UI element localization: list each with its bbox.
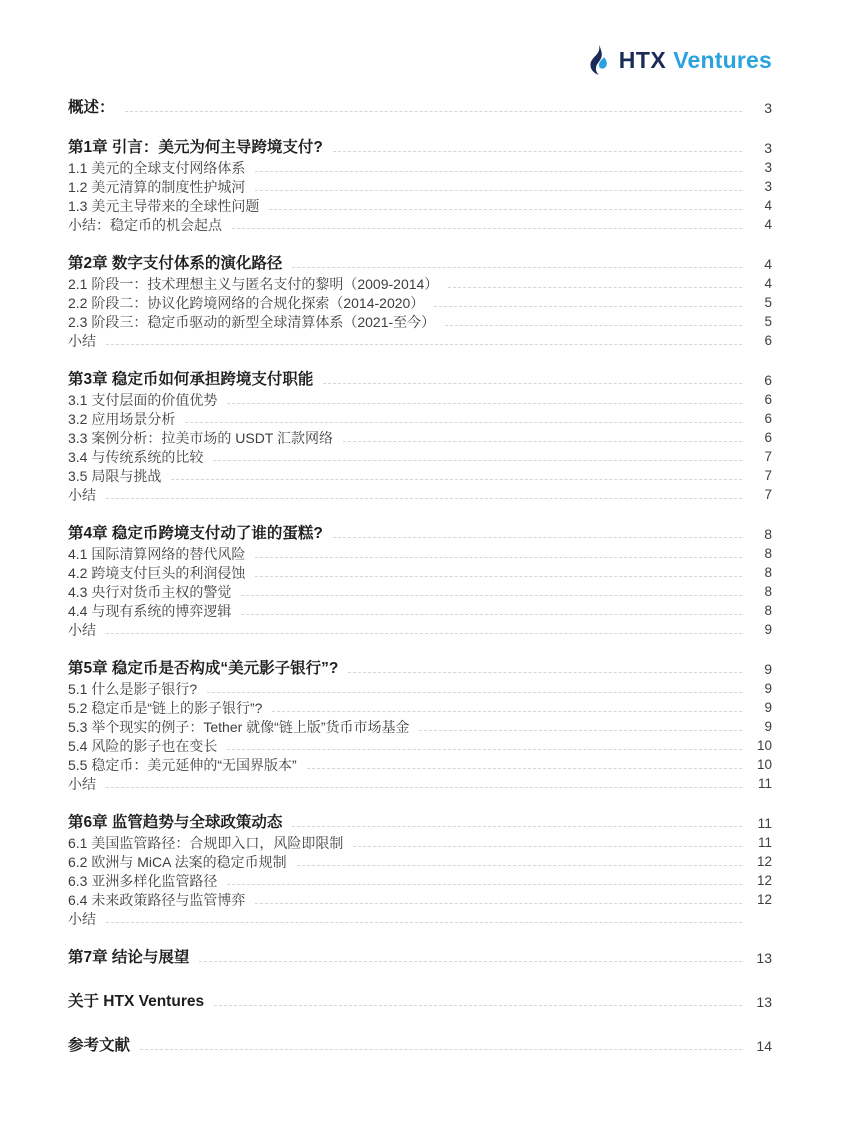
toc-entry-label: 关于 HTX Ventures [68, 993, 204, 1010]
leader-line [227, 749, 742, 750]
toc-item-row[interactable]: 4.4 与现有系统的博弈逻辑8 [68, 602, 772, 621]
leader-line [269, 209, 742, 210]
leader-line [227, 884, 742, 885]
leader-line [255, 576, 742, 577]
toc-item-row[interactable]: 2.1 阶段一：技术理想主义与匿名支付的黎明（2009-2014）4 [68, 275, 772, 294]
leader-line [445, 325, 742, 326]
leader-line [333, 151, 742, 152]
leader-line [297, 865, 742, 866]
leader-line [199, 961, 742, 962]
toc-item-row[interactable]: 5.4 风险的影子也在变长10 [68, 737, 772, 756]
leader-line [333, 537, 742, 538]
page-number: 6 [752, 412, 772, 427]
toc-item-row[interactable]: 2.3 阶段三：稳定币驱动的新型全球清算体系（2021-至今）5 [68, 313, 772, 332]
toc-item-row[interactable]: 小结 [68, 910, 772, 929]
toc-section: 第5章 稳定币是否构成“美元影子银行”?95.1 什么是影子银行?95.2 稳定… [68, 657, 772, 794]
leader-line [448, 287, 742, 288]
toc-item-row[interactable]: 小结6 [68, 332, 772, 351]
leader-line [227, 403, 742, 404]
toc-entry-label: 6.3 亚洲多样化监管路径 [68, 874, 217, 889]
page-number: 8 [752, 547, 772, 562]
page-number: 8 [752, 566, 772, 581]
toc-item-row[interactable]: 2.2 阶段二：协议化跨境网络的合规化探索（2014-2020）5 [68, 294, 772, 313]
toc-entry-label: 第5章 稳定币是否构成“美元影子银行”? [68, 660, 338, 677]
page-number: 7 [752, 450, 772, 465]
leader-line [292, 267, 742, 268]
document-page: HTX Ventures 概述：3第1章 引言：美元为何主导跨境支付?31.1 … [0, 0, 841, 1122]
page-number: 6 [752, 393, 772, 408]
toc-item-row[interactable]: 1.3 美元主导带来的全球性问题4 [68, 197, 772, 216]
toc-entry-label: 4.3 央行对货币主权的警觉 [68, 585, 231, 600]
leader-line [125, 111, 742, 112]
page-number: 9 [752, 682, 772, 697]
leader-line [353, 846, 742, 847]
table-of-contents: 概述：3第1章 引言：美元为何主导跨境支付?31.1 美元的全球支付网络体系31… [68, 96, 772, 1057]
leader-line [241, 614, 742, 615]
logo-brand-text: HTX [619, 47, 667, 74]
leader-line [106, 922, 742, 923]
logo: HTX Ventures [68, 45, 772, 75]
toc-entry-label: 5.2 稳定币是“链上的影子银行”? [68, 701, 262, 716]
toc-entry-label: 5.1 什么是影子银行? [68, 682, 197, 697]
toc-section: 第1章 引言：美元为何主导跨境支付?31.1 美元的全球支付网络体系31.2 美… [68, 136, 772, 235]
toc-entry-label: 3.2 应用场景分析 [68, 412, 175, 427]
page-number: 12 [752, 855, 772, 870]
leader-line [207, 692, 742, 693]
page-number: 12 [752, 893, 772, 908]
toc-entry-label: 小结：稳定币的机会起点 [68, 218, 222, 233]
page-number: 3 [752, 101, 772, 116]
toc-entry-label: 4.1 国际清算网络的替代风险 [68, 547, 245, 562]
page-number: 9 [752, 662, 772, 677]
toc-entry-label: 3.1 支付层面的价值优势 [68, 393, 217, 408]
leader-line [292, 826, 742, 827]
toc-chapter-row[interactable]: 第7章 结论与展望13 [68, 946, 772, 969]
page-number: 14 [752, 1039, 772, 1054]
toc-item-row[interactable]: 3.2 应用场景分析6 [68, 410, 772, 429]
toc-entry-label: 第2章 数字支付体系的演化路径 [68, 255, 282, 272]
toc-entry-label: 3.5 局限与挑战 [68, 469, 161, 484]
page-number: 7 [752, 488, 772, 503]
leader-line [343, 441, 742, 442]
leader-line [106, 787, 742, 788]
toc-item-row[interactable]: 6.4 未来政策路径与监管博弈12 [68, 891, 772, 910]
page-number: 5 [752, 296, 772, 311]
toc-section: 第4章 稳定币跨境支付动了谁的蛋糕?84.1 国际清算网络的替代风险84.2 跨… [68, 522, 772, 640]
leader-line [255, 903, 742, 904]
toc-section: 第6章 监管趋势与全球政策动态116.1 美国监管路径：合规即入口，风险即限制1… [68, 811, 772, 929]
toc-item-row[interactable]: 4.2 跨境支付巨头的利润侵蚀8 [68, 564, 772, 583]
page-number: 8 [752, 585, 772, 600]
page-number: 12 [752, 874, 772, 889]
page-number: 7 [752, 469, 772, 484]
toc-entry-label: 第6章 监管趋势与全球政策动态 [68, 814, 282, 831]
leader-line [106, 498, 742, 499]
toc-item-row[interactable]: 6.2 欧洲与 MiCA 法案的稳定币规制12 [68, 853, 772, 872]
leader-line [185, 422, 742, 423]
toc-item-row[interactable]: 5.2 稳定币是“链上的影子银行”?9 [68, 699, 772, 718]
page-number: 3 [752, 141, 772, 156]
toc-entry-label: 小结 [68, 488, 96, 503]
toc-item-row[interactable]: 3.1 支付层面的价值优势6 [68, 391, 772, 410]
toc-item-row[interactable]: 4.1 国际清算网络的替代风险8 [68, 545, 772, 564]
leader-line [323, 383, 742, 384]
toc-chapter-row[interactable]: 关于 HTX Ventures13 [68, 990, 772, 1013]
toc-chapter-row[interactable]: 第6章 监管趋势与全球政策动态11 [68, 811, 772, 834]
toc-item-row[interactable]: 3.5 局限与挑战7 [68, 467, 772, 486]
leader-line [419, 730, 742, 731]
toc-item-row[interactable]: 6.3 亚洲多样化监管路径12 [68, 872, 772, 891]
page-number: 9 [752, 623, 772, 638]
page-number: 8 [752, 527, 772, 542]
toc-section: 概述：3 [68, 96, 772, 119]
page-number: 11 [752, 836, 772, 851]
toc-item-row[interactable]: 小结9 [68, 621, 772, 640]
toc-entry-label: 5.4 风险的影子也在变长 [68, 739, 217, 754]
toc-entry-label: 参考文献 [68, 1037, 130, 1054]
toc-entry-label: 2.3 阶段三：稳定币驱动的新型全球清算体系（2021-至今） [68, 315, 435, 330]
page-number: 9 [752, 701, 772, 716]
toc-chapter-row[interactable]: 第1章 引言：美元为何主导跨境支付?3 [68, 136, 772, 159]
toc-entry-label: 5.5 稳定币：美元延伸的“无国界版本” [68, 758, 297, 773]
page-number: 4 [752, 199, 772, 214]
toc-entry-label: 3.3 案例分析：拉美市场的 USDT 汇款网络 [68, 431, 333, 446]
leader-line [213, 460, 742, 461]
leader-line [434, 306, 742, 307]
toc-entry-label: 第4章 稳定币跨境支付动了谁的蛋糕? [68, 525, 323, 542]
htx-flame-icon [585, 45, 612, 75]
toc-entry-label: 3.4 与传统系统的比较 [68, 450, 203, 465]
toc-item-row[interactable]: 5.5 稳定币：美元延伸的“无国界版本”10 [68, 756, 772, 775]
toc-entry-label: 2.1 阶段一：技术理想主义与匿名支付的黎明（2009-2014） [68, 277, 438, 292]
toc-item-row[interactable]: 3.4 与传统系统的比较7 [68, 448, 772, 467]
toc-entry-label: 6.1 美国监管路径：合规即入口，风险即限制 [68, 836, 343, 851]
toc-entry-label: 第1章 引言：美元为何主导跨境支付? [68, 139, 323, 156]
leader-line [241, 595, 742, 596]
toc-entry-label: 6.2 欧洲与 MiCA 法案的稳定币规制 [68, 855, 287, 870]
toc-item-row[interactable]: 1.2 美元清算的制度性护城河3 [68, 178, 772, 197]
toc-entry-label: 1.3 美元主导带来的全球性问题 [68, 199, 259, 214]
leader-line [272, 711, 742, 712]
leader-line [348, 672, 742, 673]
toc-chapter-row[interactable]: 第3章 稳定币如何承担跨境支付职能6 [68, 368, 772, 391]
leader-line [214, 1005, 742, 1006]
toc-entry-label: 4.2 跨境支付巨头的利润侵蚀 [68, 566, 245, 581]
page-number: 11 [752, 816, 772, 831]
logo-suffix-text: Ventures [673, 47, 772, 74]
toc-entry-label: 小结 [68, 912, 96, 927]
page-number: 3 [752, 161, 772, 176]
toc-section: 第2章 数字支付体系的演化路径42.1 阶段一：技术理想主义与匿名支付的黎明（2… [68, 252, 772, 351]
toc-item-row[interactable]: 小结：稳定币的机会起点4 [68, 216, 772, 235]
leader-line [140, 1049, 742, 1050]
page-number: 8 [752, 604, 772, 619]
page-number: 3 [752, 180, 772, 195]
page-number: 6 [752, 373, 772, 388]
page-number: 5 [752, 315, 772, 330]
toc-section: 第7章 结论与展望13 [68, 946, 772, 969]
toc-entry-label: 2.2 阶段二：协议化跨境网络的合规化探索（2014-2020） [68, 296, 424, 311]
toc-section: 参考文献14 [68, 1034, 772, 1057]
leader-line [106, 633, 742, 634]
page-number: 4 [752, 257, 772, 272]
toc-item-row[interactable]: 5.1 什么是影子银行?9 [68, 680, 772, 699]
toc-chapter-row[interactable]: 第2章 数字支付体系的演化路径4 [68, 252, 772, 275]
page-number: 9 [752, 720, 772, 735]
leader-line [106, 344, 742, 345]
leader-line [171, 479, 742, 480]
page-number: 13 [752, 995, 772, 1010]
toc-item-row[interactable]: 3.3 案例分析：拉美市场的 USDT 汇款网络6 [68, 429, 772, 448]
toc-chapter-row[interactable]: 第5章 稳定币是否构成“美元影子银行”?9 [68, 657, 772, 680]
toc-item-row[interactable]: 1.1 美元的全球支付网络体系3 [68, 159, 772, 178]
toc-entry-label: 1.1 美元的全球支付网络体系 [68, 161, 245, 176]
page-number: 6 [752, 334, 772, 349]
toc-section: 第3章 稳定币如何承担跨境支付职能63.1 支付层面的价值优势63.2 应用场景… [68, 368, 772, 505]
leader-line [307, 768, 742, 769]
leader-line [255, 171, 742, 172]
toc-entry-label: 小结 [68, 334, 96, 349]
toc-entry-label: 概述： [68, 99, 115, 116]
toc-entry-label: 小结 [68, 623, 96, 638]
toc-section: 关于 HTX Ventures13 [68, 990, 772, 1013]
page-number: 4 [752, 277, 772, 292]
page-number: 10 [752, 739, 772, 754]
page-number: 13 [752, 951, 772, 966]
toc-entry-label: 第3章 稳定币如何承担跨境支付职能 [68, 371, 313, 388]
toc-item-row[interactable]: 5.3 举个现实的例子：Tether 就像“链上版”货币市场基金9 [68, 718, 772, 737]
toc-entry-label: 5.3 举个现实的例子：Tether 就像“链上版”货币市场基金 [68, 720, 409, 735]
toc-item-row[interactable]: 4.3 央行对货币主权的警觉8 [68, 583, 772, 602]
page-number: 10 [752, 758, 772, 773]
toc-chapter-row[interactable]: 第4章 稳定币跨境支付动了谁的蛋糕?8 [68, 522, 772, 545]
leader-line [255, 557, 742, 558]
toc-chapter-row[interactable]: 概述：3 [68, 96, 772, 119]
toc-entry-label: 第7章 结论与展望 [68, 949, 189, 966]
page-number: 6 [752, 431, 772, 446]
toc-entry-label: 4.4 与现有系统的博弈逻辑 [68, 604, 231, 619]
toc-item-row[interactable]: 6.1 美国监管路径：合规即入口，风险即限制11 [68, 834, 772, 853]
toc-chapter-row[interactable]: 参考文献14 [68, 1034, 772, 1057]
toc-item-row[interactable]: 小结11 [68, 775, 772, 794]
toc-entry-label: 小结 [68, 777, 96, 792]
leader-line [255, 190, 742, 191]
leader-line [232, 228, 742, 229]
toc-entry-label: 1.2 美元清算的制度性护城河 [68, 180, 245, 195]
toc-entry-label: 6.4 未来政策路径与监管博弈 [68, 893, 245, 908]
page-number: 11 [752, 777, 772, 792]
page-number: 4 [752, 218, 772, 233]
toc-item-row[interactable]: 小结7 [68, 486, 772, 505]
